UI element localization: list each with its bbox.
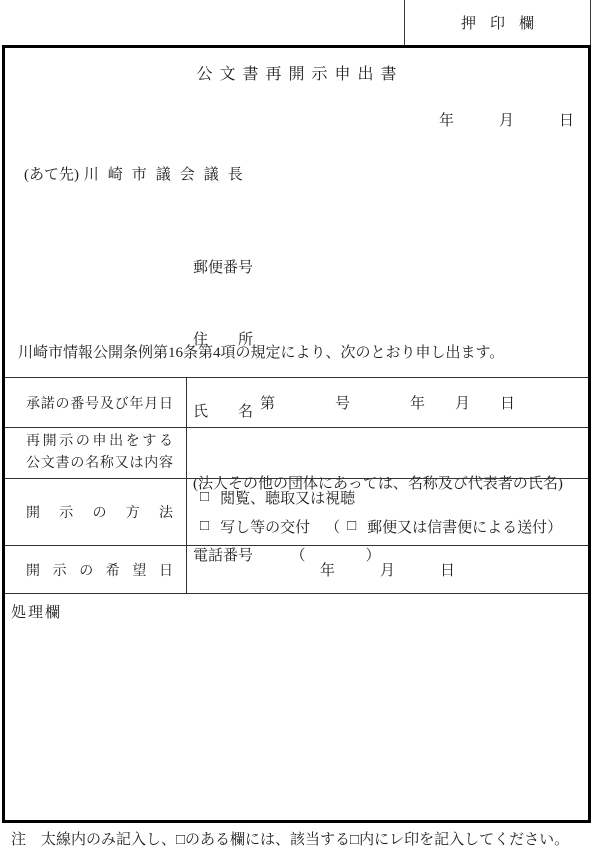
- document-name-field[interactable]: [187, 428, 588, 478]
- method-options-cell: □ 閲覧、聴取又は視聴 □ 写し等の交付 （ □ 郵便又は信書便による送付）: [187, 479, 588, 545]
- processing-area-label: 処理欄: [11, 605, 62, 621]
- option-copy: □ 写し等の交付 （ □ 郵便又は信書便による送付）: [200, 516, 588, 537]
- row-document-header-line1: 再開示の申出をする: [26, 431, 173, 453]
- statement-line: 川崎市情報公開条例第16条第4項の規定により、次のとおり申し出ます。: [18, 341, 504, 362]
- footnote: 注 太線内のみ記入し、□のある欄には、該当する□内にレ印を記入してください。: [11, 828, 569, 849]
- option-inspection: □ 閲覧、聴取又は視聴: [200, 487, 588, 508]
- row-desired-date-header: 開示の希望日: [5, 546, 187, 593]
- approval-number-date-field[interactable]: 第 号 年 月 日: [187, 378, 588, 427]
- option-mail-label: 郵便又は信書便による送付）: [367, 516, 562, 537]
- postal-code-field[interactable]: 郵便番号: [193, 256, 563, 280]
- option-copy-label: 写し等の交付: [220, 516, 310, 537]
- row-document-header-line2: 公文書の名称又は内容: [26, 453, 173, 475]
- checkbox-mail[interactable]: □: [347, 518, 356, 535]
- addressee-name: 川崎市議会議長: [84, 167, 252, 183]
- table-row-method: 開示の方法 □ 閲覧、聴取又は視聴 □ 写し等の交付 （ □ 郵便又は信書便によ…: [5, 479, 588, 546]
- row-document-header: 再開示の申出をする 公文書の名称又は内容: [5, 428, 187, 478]
- checkbox-inspection[interactable]: □: [200, 489, 209, 506]
- form-body: 公文書再開示申出書 年 月 日 (あて先) 川崎市議会議長 郵便番号 住 所 氏…: [2, 45, 591, 823]
- row-approval-header: 承諾の番号及び年月日: [5, 378, 187, 427]
- submission-date-field[interactable]: 年 月 日: [439, 109, 574, 130]
- seal-stamp-area[interactable]: 押印欄: [404, 0, 591, 45]
- form-page: 押印欄 公文書再開示申出書 年 月 日 (あて先) 川崎市議会議長 郵便番号 住…: [0, 0, 593, 850]
- paren-open: （: [325, 516, 340, 537]
- option-inspection-label: 閲覧、聴取又は視聴: [220, 487, 355, 508]
- seal-box-label: 押印欄: [447, 12, 548, 33]
- desired-date-field[interactable]: 年 月 日: [187, 546, 588, 593]
- form-table: 承諾の番号及び年月日 第 号 年 月 日 再開示の申出をする 公文書の名称又は内…: [5, 377, 588, 594]
- table-row-approval: 承諾の番号及び年月日 第 号 年 月 日: [5, 378, 588, 428]
- form-title: 公文書再開示申出書: [5, 61, 588, 84]
- table-row-desired-date: 開示の希望日 年 月 日: [5, 546, 588, 594]
- processing-area[interactable]: 処理欄: [5, 594, 588, 820]
- addressee-line: (あて先) 川崎市議会議長: [24, 163, 252, 184]
- table-row-document: 再開示の申出をする 公文書の名称又は内容: [5, 428, 588, 479]
- row-method-header: 開示の方法: [5, 479, 187, 545]
- addressee-prefix: (あて先): [24, 167, 79, 183]
- checkbox-copy[interactable]: □: [200, 518, 209, 535]
